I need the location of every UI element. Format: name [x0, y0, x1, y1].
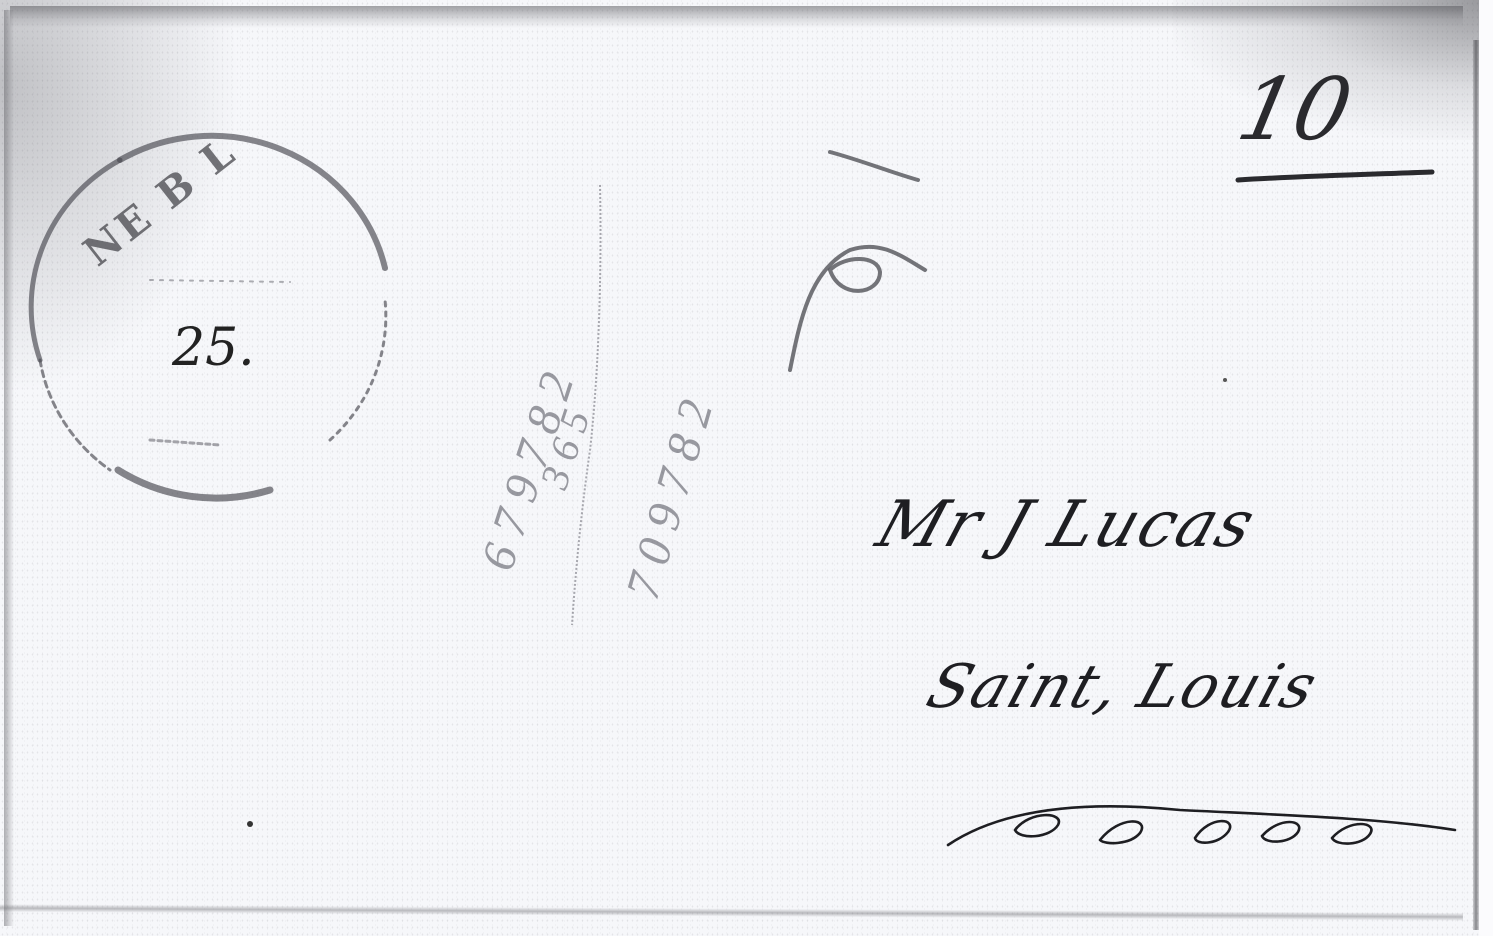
envelope-scan: NE B L 25. 10 6 7 9 7 8 2 3 6 5 7 0 9 7 … [0, 0, 1493, 936]
ink-speck [247, 821, 253, 827]
docket-mark [790, 152, 925, 370]
addressee-name: Mr J Lucas [868, 488, 1265, 562]
ink-speck [1223, 378, 1227, 382]
address-flourish [948, 806, 1455, 845]
postmark-rate: 25. [172, 318, 255, 378]
rate-underline [1238, 172, 1432, 180]
addressee-city: Saint, Louis [919, 652, 1327, 722]
rate-marking: 10 [1229, 60, 1360, 160]
